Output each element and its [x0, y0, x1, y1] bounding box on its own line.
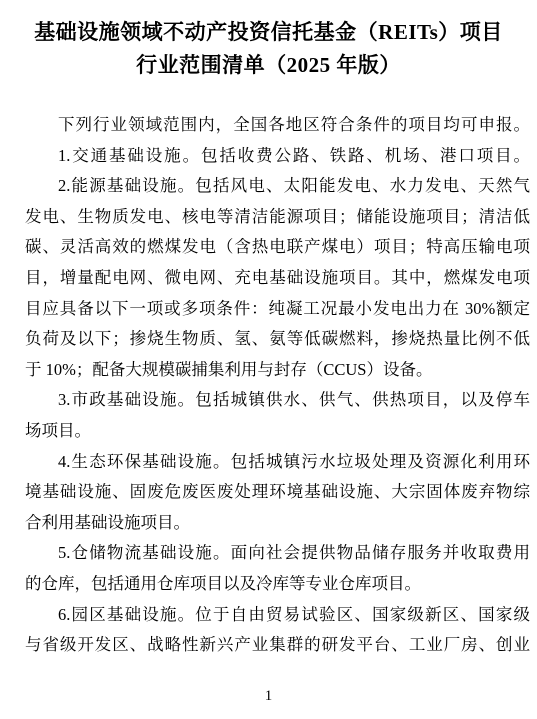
body-line: 目应具备以下一项或多项条件：纯凝工况最小发电出力在 30%额定: [25, 294, 530, 325]
body-line: 场项目。: [25, 416, 530, 447]
document-title: 基础设施领域不动产投资信托基金（REITs）项目 行业范围清单（2025 年版）: [0, 16, 537, 82]
body-line: 负荷及以下；掺烧生物质、氢、氨等低碳燃料，掺烧热量比例不低: [25, 324, 530, 355]
body-line: 碳、灵活高效的燃煤发电（含热电联产煤电）项目；特高压输电项: [25, 232, 530, 263]
body-line: 6.园区基础设施。位于自由贸易试验区、国家级新区、国家级: [25, 600, 530, 631]
body-line: 合利用基础设施项目。: [25, 508, 530, 539]
body-paragraph: 3.市政基础设施。包括城镇供水、供气、供热项目，以及停车场项目。: [25, 385, 530, 446]
document-page: 基础设施领域不动产投资信托基金（REITs）项目 行业范围清单（2025 年版）…: [0, 0, 537, 719]
body-line: 发电、生物质发电、核电等清洁能源项目；储能设施项目；清洁低: [25, 202, 530, 233]
body-line: 目，增量配电网、微电网、充电基础设施项目。其中，燃煤发电项: [25, 263, 530, 294]
body-line: 1.交通基础设施。包括收费公路、铁路、机场、港口项目。: [25, 141, 530, 172]
body-paragraph: 5.仓储物流基础设施。面向社会提供物品储存服务并收取费用的仓库，包括通用仓库项目…: [25, 538, 530, 599]
title-line-1: 基础设施领域不动产投资信托基金（REITs）项目: [0, 16, 537, 49]
body-line: 下列行业领域范围内，全国各地区符合条件的项目均可申报。: [25, 110, 530, 141]
body-paragraph: 4.生态环保基础设施。包括城镇污水垃圾处理及资源化利用环境基础设施、固废危废医废…: [25, 447, 530, 539]
body-line: 的仓库，包括通用仓库项目以及冷库等专业仓库项目。: [25, 569, 530, 600]
body-paragraph: 6.园区基础设施。位于自由贸易试验区、国家级新区、国家级与省级开发区、战略性新兴…: [25, 600, 530, 661]
body-line: 于 10%；配备大规模碳捕集利用与封存（CCUS）设备。: [25, 355, 530, 386]
body-line: 境基础设施、固废危废医废处理环境基础设施、大宗固体废弃物综: [25, 477, 530, 508]
title-line-2: 行业范围清单（2025 年版）: [0, 49, 537, 82]
body-line: 3.市政基础设施。包括城镇供水、供气、供热项目，以及停车: [25, 385, 530, 416]
body-line: 与省级开发区、战略性新兴产业集群的研发平台、工业厂房、创业: [25, 630, 530, 661]
document-body: 下列行业领域范围内，全国各地区符合条件的项目均可申报。1.交通基础设施。包括收费…: [25, 110, 530, 661]
body-paragraph: 2.能源基础设施。包括风电、太阳能发电、水力发电、天然气发电、生物质发电、核电等…: [25, 171, 530, 385]
page-number: 1: [0, 686, 537, 706]
body-paragraph: 1.交通基础设施。包括收费公路、铁路、机场、港口项目。: [25, 141, 530, 172]
body-line: 4.生态环保基础设施。包括城镇污水垃圾处理及资源化利用环: [25, 447, 530, 478]
body-line: 5.仓储物流基础设施。面向社会提供物品储存服务并收取费用: [25, 538, 530, 569]
body-line: 2.能源基础设施。包括风电、太阳能发电、水力发电、天然气: [25, 171, 530, 202]
body-paragraph: 下列行业领域范围内，全国各地区符合条件的项目均可申报。: [25, 110, 530, 141]
